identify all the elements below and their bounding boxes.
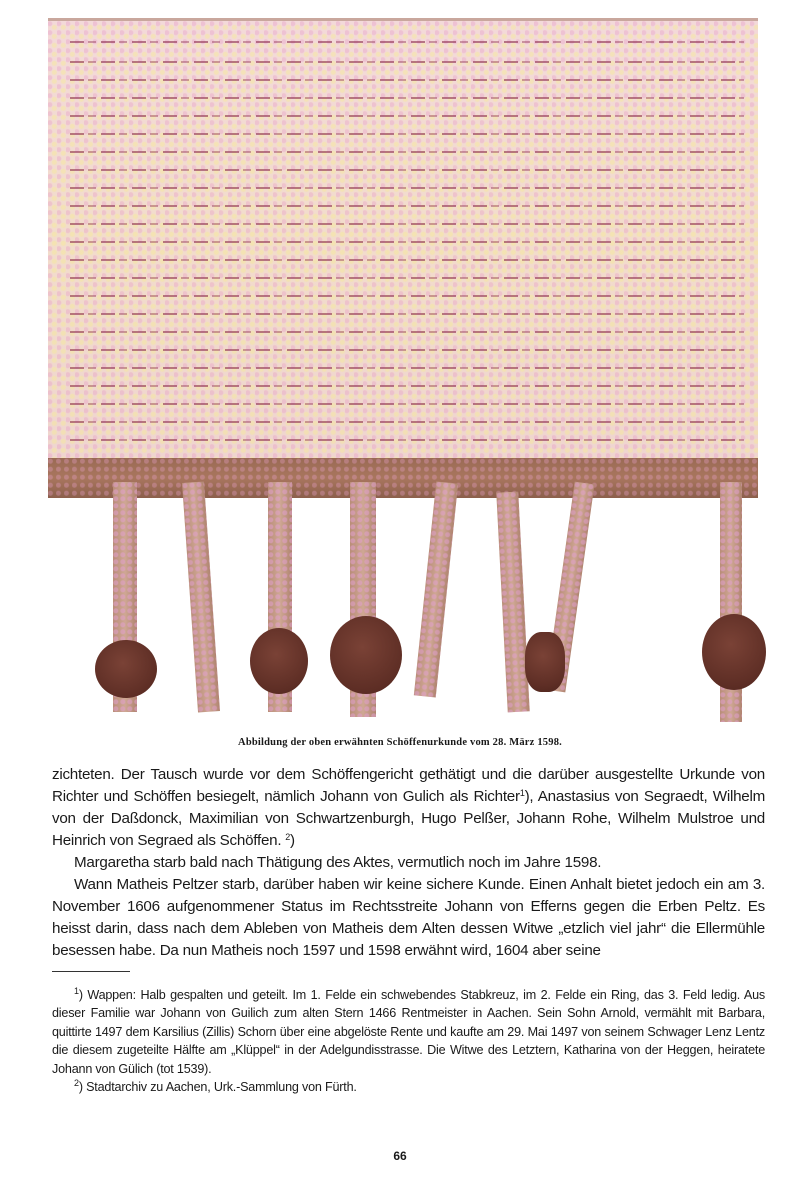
handwriting-line <box>70 41 744 43</box>
handwriting-line <box>70 151 744 153</box>
handwriting-line <box>70 97 744 99</box>
seal-tag <box>496 492 529 713</box>
paragraph-2: Margaretha starb bald nach Thätigung des… <box>52 852 765 874</box>
handwriting-line <box>70 133 744 135</box>
paragraph-3: Wann Matheis Peltzer starb, darüber habe… <box>52 874 765 962</box>
handwriting-line <box>70 295 744 297</box>
handwriting-line <box>70 169 744 171</box>
handwriting-line <box>70 79 744 81</box>
handwriting-line <box>70 223 744 225</box>
wax-seal <box>330 616 402 694</box>
handwriting-line <box>70 439 744 441</box>
seal-tag <box>414 481 458 697</box>
handwriting-line <box>70 277 744 279</box>
parchment-sheet <box>48 18 758 461</box>
handwriting-line <box>70 115 744 117</box>
handwriting-line <box>70 61 744 63</box>
wax-seal <box>95 640 157 698</box>
handwriting-line <box>70 367 744 369</box>
handwriting-line <box>70 259 744 261</box>
handwriting-line <box>70 403 744 405</box>
footnote-divider <box>52 971 130 972</box>
figure-caption: Abbildung der oben erwähnten Schöffenurk… <box>0 737 800 748</box>
footnote-2: 2) Stadtarchiv zu Aachen, Urk.-Sammlung … <box>52 1078 765 1096</box>
handwriting-line <box>70 331 744 333</box>
handwriting-line <box>70 313 744 315</box>
seal-tag <box>182 482 220 713</box>
parchment-fold <box>48 458 758 498</box>
handwriting-line <box>70 187 744 189</box>
handwriting-line <box>70 385 744 387</box>
handwriting-line <box>70 421 744 423</box>
paragraph-1: zichteten. Der Tausch wurde vor dem Schö… <box>52 764 765 852</box>
body-text: zichteten. Der Tausch wurde vor dem Schö… <box>52 764 765 962</box>
page-number: 66 <box>0 1149 800 1163</box>
footnote-1: 1) Wappen: Halb gespalten und geteilt. I… <box>52 986 765 1078</box>
handwriting-line <box>70 205 744 207</box>
handwriting-line <box>70 241 744 243</box>
wax-seal <box>702 614 766 690</box>
footnotes: 1) Wappen: Halb gespalten und geteilt. I… <box>52 986 765 1096</box>
handwriting-line <box>70 349 744 351</box>
wax-seal <box>250 628 308 694</box>
charter-photograph <box>40 12 764 727</box>
wax-seal-fragment <box>525 632 565 692</box>
